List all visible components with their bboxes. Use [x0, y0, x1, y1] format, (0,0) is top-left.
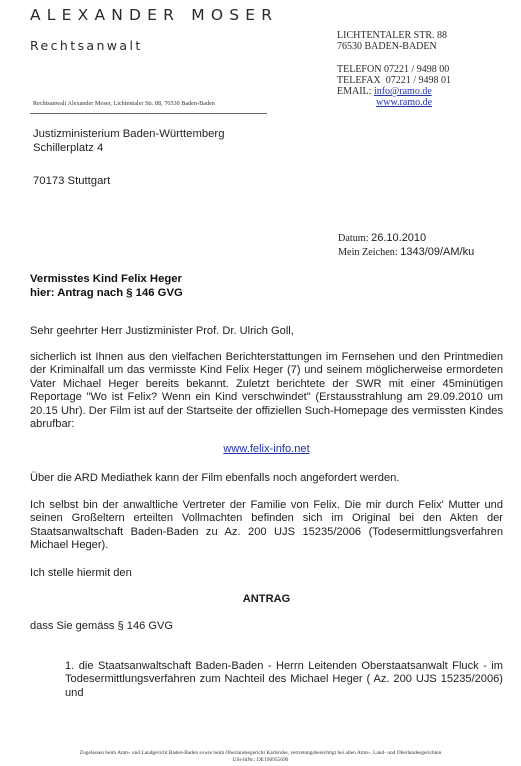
paragraph-5: dass Sie gemäss § 146 GVG: [30, 620, 503, 633]
subject-line1: Vermisstes Kind Felix Heger: [30, 272, 183, 286]
email-link[interactable]: info@ramo.de: [374, 86, 432, 97]
reference-row: Mein Zeichen: 1343/09/AM/ku: [338, 246, 474, 260]
recipient-line1: Justizministerium Baden-Württemberg: [33, 127, 224, 141]
reference-label: Mein Zeichen:: [338, 247, 398, 258]
sender-return-address: Rechtsanwalt Alexander Moser, Lichtental…: [33, 100, 215, 107]
paragraph-3: Ich selbst bin der anwaltliche Vertreter…: [30, 499, 503, 553]
recipient-city: 70173 Stuttgart: [33, 174, 224, 188]
letterhead-name: ALEXANDER MOSER: [30, 6, 278, 24]
felix-info-link[interactable]: www.felix-info.net: [223, 443, 309, 455]
email-label: EMAIL:: [337, 86, 371, 97]
contact-city: 76530 BADEN-BADEN: [337, 41, 451, 52]
contact-fax: TELEFAX 07221 / 9498 01: [337, 75, 451, 86]
website-link[interactable]: www.ramo.de: [376, 97, 432, 108]
paragraph-4: Ich stelle hiermit den: [30, 567, 503, 580]
letter-meta: Datum: 26.10.2010 Mein Zeichen: 1343/09/…: [338, 232, 474, 259]
date-value: 26.10.2010: [371, 232, 426, 244]
reference-value: 1343/09/AM/ku: [400, 246, 474, 258]
contact-phone: TELEFON 07221 / 9498 00: [337, 64, 451, 75]
felix-info-link-row: www.felix-info.net: [30, 443, 503, 455]
website-row: www.ramo.de: [337, 97, 451, 108]
contact-block: LICHTENTALER STR. 88 76530 BADEN-BADEN T…: [337, 30, 451, 108]
paragraph-1: sicherlich ist Ihnen aus den vielfachen …: [30, 351, 503, 431]
recipient-line2: Schillerplatz 4: [33, 141, 224, 155]
recipient-address: Justizministerium Baden-Württemberg Schi…: [33, 127, 224, 188]
list-item-1: 1. die Staatsanwaltschaft Baden-Baden - …: [65, 660, 503, 700]
letterhead-title: Rechtsanwalt: [30, 38, 143, 53]
paragraph-2: Über die ARD Mediathek kann der Film ebe…: [30, 472, 503, 485]
salutation: Sehr geehrter Herr Justizminister Prof. …: [30, 325, 503, 338]
subject: Vermisstes Kind Felix Heger hier: Antrag…: [30, 272, 183, 300]
footer: Zugelassen beim Amts- und Landgericht Ba…: [0, 750, 521, 764]
divider: [30, 113, 267, 114]
date-row: Datum: 26.10.2010: [338, 232, 474, 246]
antrag-heading: ANTRAG: [30, 593, 503, 605]
subject-line2: hier: Antrag nach § 146 GVG: [30, 286, 183, 300]
footer-line2: USt-IdNr.: DE190955690: [0, 757, 521, 764]
footer-line1: Zugelassen beim Amts- und Landgericht Ba…: [0, 750, 521, 757]
contact-email-row: EMAIL: info@ramo.de: [337, 86, 451, 97]
date-label: Datum:: [338, 233, 369, 244]
contact-street: LICHTENTALER STR. 88: [337, 30, 451, 41]
